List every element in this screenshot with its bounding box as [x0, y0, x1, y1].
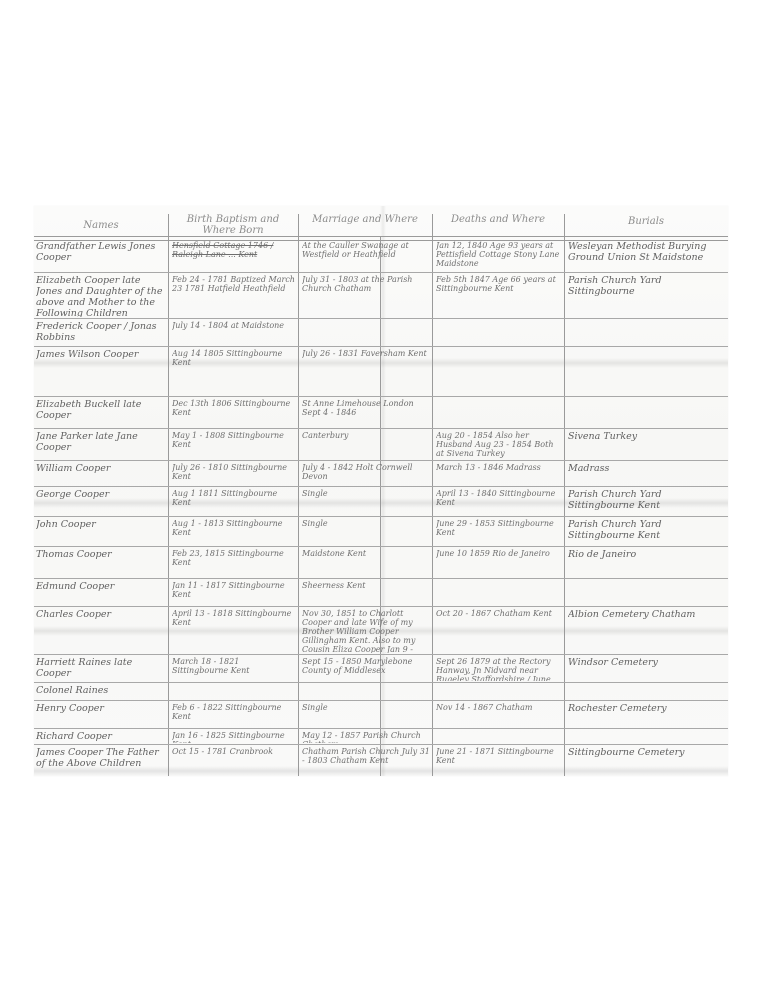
row-divider: [34, 654, 728, 655]
cell-name: James Wilson Cooper: [36, 349, 166, 395]
cell-marriage: Maidstone Kent: [302, 549, 430, 577]
cell-death: June 21 - 1871 Sittingbourne Kent: [436, 747, 562, 775]
cell-name: Edmund Cooper: [36, 581, 166, 605]
cell-burial: [568, 685, 724, 699]
cell-death: Feb 5th 1847 Age 66 years at Sittingbour…: [436, 275, 562, 317]
row-divider: [34, 428, 728, 429]
row-divider: [34, 346, 728, 347]
cell-birth: Feb 6 - 1822 Sittingbourne Kent: [172, 703, 296, 727]
cell-birth: Jan 11 - 1817 Sittingbourne Kent: [172, 581, 296, 605]
cell-birth: March 18 - 1821 Sittingbourne Kent: [172, 657, 296, 681]
cell-burial: Windsor Cemetery: [568, 657, 724, 681]
column-divider: [168, 214, 169, 776]
cell-marriage: [302, 321, 430, 345]
cell-burial: [568, 581, 724, 605]
cell-marriage: May 12 - 1857 Parish Church Chatham: [302, 731, 430, 743]
cell-birth: May 1 - 1808 Sittingbourne Kent: [172, 431, 296, 459]
cell-birth: Oct 15 - 1781 Cranbrook: [172, 747, 296, 775]
row-divider: [34, 728, 728, 729]
cell-death: Sept 26 1879 at the Rectory Hanway, Jn N…: [436, 657, 562, 681]
cell-name: William Cooper: [36, 463, 166, 485]
cell-marriage: July 26 - 1831 Faversham Kent: [302, 349, 430, 395]
header-burials: Burials: [568, 216, 724, 227]
cell-burial: Sivena Turkey: [568, 431, 724, 459]
cell-name: James Cooper The Father of the Above Chi…: [36, 747, 166, 775]
cell-death: [436, 321, 562, 345]
cell-marriage: July 31 - 1803 at the Parish Church Chat…: [302, 275, 430, 317]
cell-burial: [568, 321, 724, 345]
cell-name: Charles Cooper: [36, 609, 166, 653]
row-divider: [34, 460, 728, 461]
cell-birth: Dec 13th 1806 Sittingbourne Kent: [172, 399, 296, 427]
cell-marriage: Nov 30, 1851 to Charlott Cooper and late…: [302, 609, 430, 653]
cell-birth: Aug 1 - 1813 Sittingbourne Kent: [172, 519, 296, 545]
cell-name: John Cooper: [36, 519, 166, 545]
cell-marriage: Sept 15 - 1850 Marylebone County of Midd…: [302, 657, 430, 681]
cell-marriage: Single: [302, 489, 430, 515]
cell-birth: July 14 - 1804 at Maidstone: [172, 321, 296, 345]
cell-death: [436, 731, 562, 743]
header-marriage: Marriage and Where: [302, 214, 428, 225]
cell-marriage: Sheerness Kent: [302, 581, 430, 605]
cell-death: [436, 399, 562, 427]
cell-death: [436, 581, 562, 605]
cell-death: March 13 - 1846 Madrass: [436, 463, 562, 485]
cell-marriage: Canterbury: [302, 431, 430, 459]
cell-burial: Parish Church Yard Sittingbourne: [568, 275, 724, 317]
header-deaths: Deaths and Where: [436, 214, 560, 225]
header-birth: Birth Baptism and Where Born: [172, 214, 294, 236]
row-divider: [34, 272, 728, 273]
cell-marriage: At the Cauller Swanage at Westfield or H…: [302, 241, 430, 271]
row-divider: [34, 396, 728, 397]
cell-marriage: St Anne Limehouse London Sept 4 - 1846: [302, 399, 430, 427]
row-divider: [34, 516, 728, 517]
cell-burial: Rio de Janeiro: [568, 549, 724, 577]
cell-death: April 13 - 1840 Sittingbourne Kent: [436, 489, 562, 515]
column-divider: [564, 214, 565, 776]
row-divider: [34, 546, 728, 547]
cell-name: Frederick Cooper / Jonas Robbins: [36, 321, 166, 345]
cell-burial: Rochester Cemetery: [568, 703, 724, 727]
row-divider: [34, 318, 728, 319]
cell-name: Jane Parker late Jane Cooper: [36, 431, 166, 459]
cell-birth: Aug 14 1805 Sittingbourne Kent: [172, 349, 296, 395]
cell-burial: Parish Church Yard Sittingbourne Kent: [568, 489, 724, 515]
cell-death: Oct 20 - 1867 Chatham Kent: [436, 609, 562, 653]
column-divider: [432, 214, 433, 776]
cell-marriage: July 4 - 1842 Holt Cornwell Devon: [302, 463, 430, 485]
cell-birth: April 13 - 1818 Sittingbourne Kent: [172, 609, 296, 653]
cell-death: [436, 685, 562, 699]
row-divider: [34, 700, 728, 701]
cell-death: Aug 20 - 1854 Also her Husband Aug 23 - …: [436, 431, 562, 459]
row-divider: [34, 486, 728, 487]
cell-name: Richard Cooper: [36, 731, 166, 743]
cell-death: Nov 14 - 1867 Chatham: [436, 703, 562, 727]
row-divider: [34, 606, 728, 607]
cell-death: Jan 12, 1840 Age 93 years at Pettisfield…: [436, 241, 562, 271]
cell-birth: [172, 685, 296, 699]
cell-birth: Aug 1 1811 Sittingbourne Kent: [172, 489, 296, 515]
column-divider: [298, 214, 299, 776]
cell-birth: July 26 - 1810 Sittingbourne Kent: [172, 463, 296, 485]
cell-birth: Feb 24 - 1781 Baptized March 23 1781 Hat…: [172, 275, 296, 317]
cell-burial: Parish Church Yard Sittingbourne Kent: [568, 519, 724, 545]
cell-marriage: [302, 685, 430, 699]
cell-death: [436, 349, 562, 395]
cell-death: June 29 - 1853 Sittingbourne Kent: [436, 519, 562, 545]
cell-burial: Sittingbourne Cemetery: [568, 747, 724, 775]
cell-burial: [568, 731, 724, 743]
cell-burial: Albion Cemetery Chatham: [568, 609, 724, 653]
cell-birth: Hensfield Cottage 1746 / Raleigh Lane ..…: [172, 241, 296, 271]
cell-birth: Jan 16 - 1825 Sittingbourne Kent: [172, 731, 296, 743]
cell-name: Henry Cooper: [36, 703, 166, 727]
cell-name: Harriett Raines late Cooper: [36, 657, 166, 681]
cell-name: George Cooper: [36, 489, 166, 515]
row-divider: [34, 682, 728, 683]
cell-marriage: Single: [302, 703, 430, 727]
document-sheet: Names Birth Baptism and Where Born Marri…: [34, 206, 728, 776]
cell-burial: [568, 399, 724, 427]
cell-burial: Wesleyan Methodist Burying Ground Union …: [568, 241, 724, 271]
cell-marriage: Chatham Parish Church July 31 - 1803 Cha…: [302, 747, 430, 775]
cell-burial: [568, 349, 724, 395]
cell-name: Elizabeth Cooper late Jones and Daughter…: [36, 275, 166, 317]
cell-death: June 10 1859 Rio de Janeiro: [436, 549, 562, 577]
cell-name: Grandfather Lewis Jones Cooper: [36, 241, 166, 271]
cell-name: Colonel Raines: [36, 685, 166, 699]
cell-name: Thomas Cooper: [36, 549, 166, 577]
cell-birth: Feb 23, 1815 Sittingbourne Kent: [172, 549, 296, 577]
cell-name: Elizabeth Buckell late Cooper: [36, 399, 166, 427]
row-divider: [34, 744, 728, 745]
cell-marriage: Single: [302, 519, 430, 545]
cell-burial: Madrass: [568, 463, 724, 485]
row-divider: [34, 578, 728, 579]
header-names: Names: [34, 220, 168, 231]
